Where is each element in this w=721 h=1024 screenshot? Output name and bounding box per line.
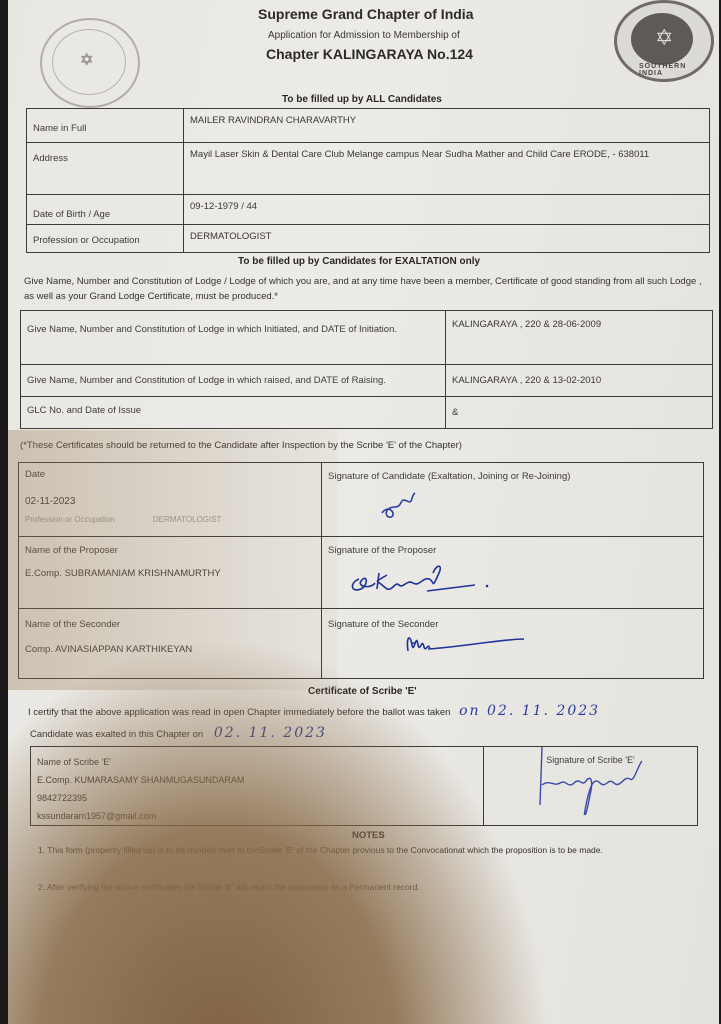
notes-heading: NOTES [352,830,385,841]
initiation-label: Give Name, Number and Constitution of Lo… [21,311,446,365]
scribe-details-cell: Name of Scribe 'E' E.Comp. KUMARASAMY SH… [31,747,484,826]
scribe-signature-cell[interactable]: Signature of Scribe 'E' [484,747,698,826]
initiation-field[interactable]: KALINGARAYA , 220 & 28-06-2009 [446,311,713,365]
proposer-signature-icon [347,559,507,599]
scribe-certificate-heading: Certificate of Scribe 'E' [308,686,417,697]
proposer-label: Name of the Proposer [25,545,315,556]
scribe-table: Name of Scribe 'E' E.Comp. KUMARASAMY SH… [30,746,698,826]
form-subtitle: Application for Admission to Membership … [268,30,460,41]
scribe-signature-icon [534,745,654,815]
all-candidates-heading: To be filled up by ALL Candidates [282,94,442,105]
candidate-signature-icon [377,491,437,521]
raising-label: Give Name, Number and Constitution of Lo… [21,365,446,397]
glc-label: GLC No. and Date of Issue [21,397,446,429]
signatures-table: Date 02-11-2023 Profession or Occupation… [18,462,704,679]
profession-field[interactable]: DERMATOLOGIST [184,225,710,253]
table-row: Name in Full MAILER RAVINDRAN CHARAVARTH… [27,109,710,143]
all-candidates-table: Name in Full MAILER RAVINDRAN CHARAVARTH… [26,108,710,253]
ballot-date-handwritten[interactable]: on 02. 11. 2023 [459,703,600,719]
scribe-phone-field[interactable]: 9842722395 [37,789,477,807]
address-field[interactable]: Mayil Laser Skin & Dental Care Club Mela… [184,143,710,195]
exaltation-instruction: Give Name, Number and Constitution of Lo… [24,274,714,304]
exaltation-table: Give Name, Number and Constitution of Lo… [20,310,713,429]
table-row: Date 02-11-2023 Profession or Occupation… [19,463,704,537]
table-row: Address Mayil Laser Skin & Dental Care C… [27,143,710,195]
note-item-2: 2. After verifying the above certificate… [38,880,698,895]
application-form-page: ✡ ✡ SOUTHERN INDIA Supreme Grand Chapter… [8,0,719,1024]
table-row: Profession or Occupation DERMATOLOGIST [27,225,710,253]
certificate-footnote: (*These Certificates should be returned … [20,438,462,453]
seconder-label: Name of the Seconder [25,619,315,630]
table-row: Name of the Seconder Comp. AVINASIAPPAN … [19,609,704,679]
seconder-signature-icon [402,627,542,657]
regional-grand-chapter-seal-icon: ✡ SOUTHERN INDIA [614,0,714,82]
scribe-email-field[interactable]: kssundaram1957@gmail.com [37,807,477,825]
proposer-name-field[interactable]: E.Comp. SUBRAMANIAM KRISHNAMURTHY [25,568,315,579]
table-row: Give Name, Number and Constitution of Lo… [21,311,713,365]
date-label: Date [25,469,315,480]
exalted-date-handwritten[interactable]: 02. 11. 2023 [214,725,327,741]
glc-field[interactable]: & [446,397,713,429]
ghost-profession-label: Profession or Occupation [25,515,115,524]
table-row: GLC No. and Date of Issue & [21,397,713,429]
scribe-name-label: Name of Scribe 'E' [37,753,477,771]
candidate-signature-cell[interactable]: Signature of Candidate (Exaltation, Join… [322,463,704,537]
seconder-signature-cell[interactable]: Signature of the Seconder [322,609,704,679]
ghost-profession-value: DERMATOLOGIST [153,515,222,524]
chapter-title: Chapter KALINGARAYA No.124 [266,46,473,62]
exalted-text: Candidate was exalted in this Chapter on [30,729,203,740]
proposer-cell: Name of the Proposer E.Comp. SUBRAMANIAM… [19,537,322,609]
raising-field[interactable]: KALINGARAYA , 220 & 13-02-2010 [446,365,713,397]
dob-label: Date of Birth / Age [27,195,184,225]
exalted-statement: Candidate was exalted in this Chapter on… [30,726,327,742]
address-label: Address [27,143,184,195]
name-label: Name in Full [27,109,184,143]
table-row: Name of Scribe 'E' E.Comp. KUMARASAMY SH… [31,747,698,826]
seconder-name-field[interactable]: Comp. AVINASIAPPAN KARTHIKEYAN [25,644,315,655]
candidate-signature-label: Signature of Candidate (Exaltation, Join… [328,471,697,482]
exaltation-heading: To be filled up by Candidates for EXALTA… [238,256,480,267]
supreme-grand-chapter-seal-icon: ✡ [40,18,140,108]
seconder-cell: Name of the Seconder Comp. AVINASIAPPAN … [19,609,322,679]
date-cell: Date 02-11-2023 Profession or Occupation… [19,463,322,537]
dob-field[interactable]: 09-12-1979 / 44 [184,195,710,225]
note-item-1: 1. This form (propertly filled up) is to… [38,844,698,856]
proposer-signature-label: Signature of the Proposer [328,545,697,556]
table-row: Give Name, Number and Constitution of Lo… [21,365,713,397]
org-title: Supreme Grand Chapter of India [258,6,473,22]
name-field[interactable]: MAILER RAVINDRAN CHARAVARTHY [184,109,710,143]
proposer-signature-cell[interactable]: Signature of the Proposer [322,537,704,609]
scribe-name-field[interactable]: E.Comp. KUMARASAMY SHANMUGASUNDARAM [37,771,477,789]
table-row: Name of the Proposer E.Comp. SUBRAMANIAM… [19,537,704,609]
certify-statement: I certify that the above application was… [28,704,600,720]
certify-text: I certify that the above application was… [28,707,450,718]
profession-label: Profession or Occupation [27,225,184,253]
table-row: Date of Birth / Age 09-12-1979 / 44 [27,195,710,225]
date-field[interactable]: 02-11-2023 [25,496,315,507]
